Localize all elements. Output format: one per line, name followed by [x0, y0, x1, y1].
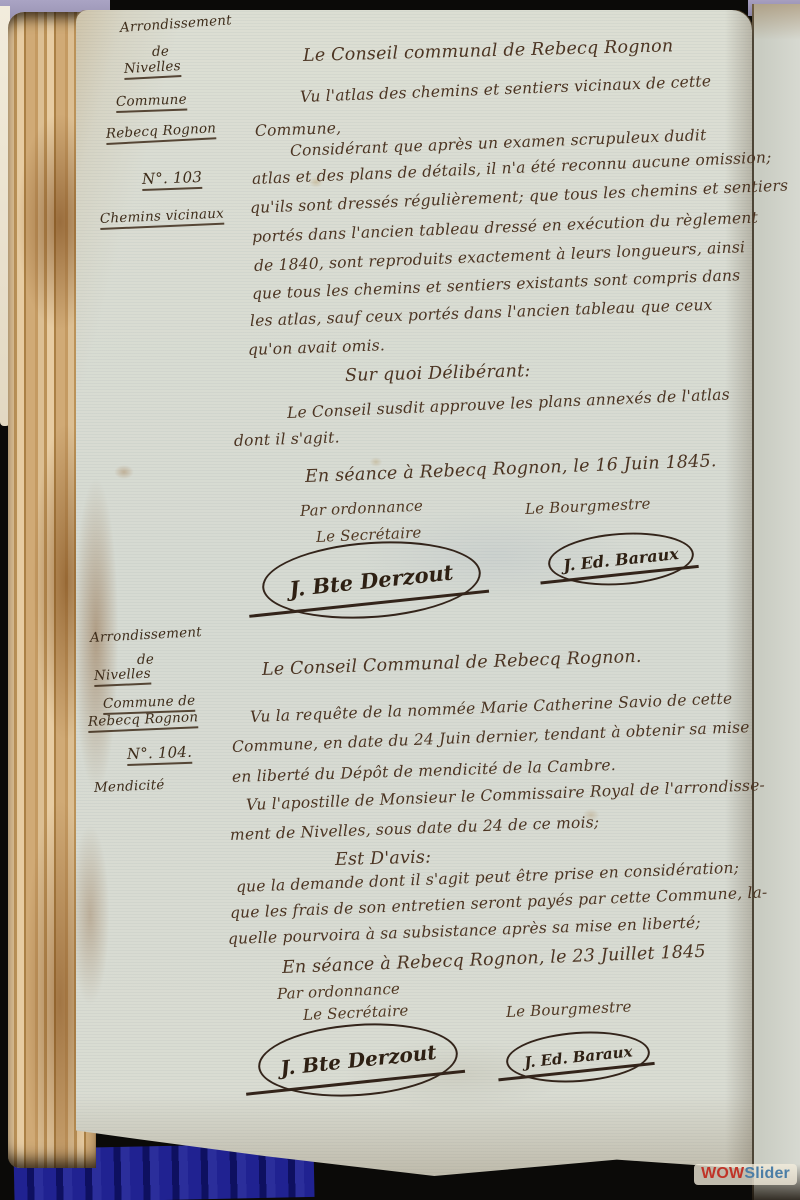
margin-number-1: N°. 103: [142, 168, 203, 191]
entry1-resolution-line: dont il s'agit.: [234, 428, 340, 450]
margin-nivelles-2: Nivelles: [94, 666, 152, 687]
manuscript-photo: Arrondissement de Nivelles Commune Rebec…: [0, 0, 800, 1200]
wowslider-watermark[interactable]: WOWSlider: [694, 1164, 797, 1185]
entry1-line: Commune,: [255, 119, 342, 140]
signature-text: J. Bte Derzout: [288, 559, 454, 601]
margin-number-2: N°. 104.: [127, 743, 193, 766]
margin-nivelles-1: Nivelles: [124, 58, 182, 80]
signature-text: J. Ed. Baraux: [523, 1042, 633, 1071]
entry2-deliberation: Est D'avis:: [335, 847, 432, 870]
signature-text: J. Bte Derzout: [279, 1040, 437, 1080]
margin-commune-1: Commune: [116, 92, 187, 113]
signature-text: J. Ed. Baraux: [562, 543, 679, 574]
margin-subject-2: Mendicité: [94, 777, 165, 796]
watermark-wow: WOW: [701, 1165, 744, 1182]
margin-de-1: de: [152, 43, 170, 60]
watermark-slider: Slider: [744, 1165, 790, 1182]
